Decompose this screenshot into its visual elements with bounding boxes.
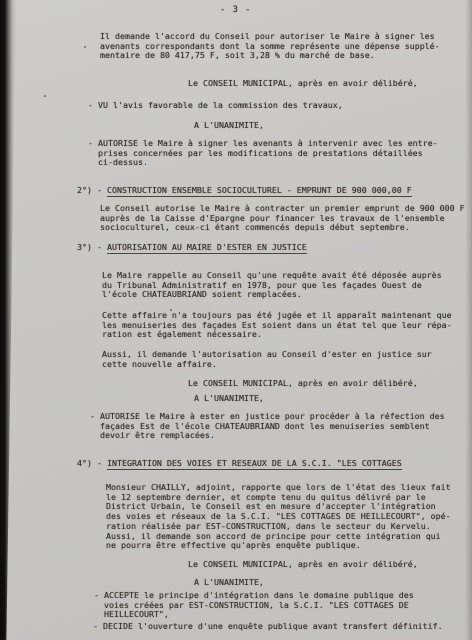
- unanimity-formula-2: A L'UNANIMITE,: [194, 394, 264, 404]
- section-4-number: 4°) -: [77, 458, 107, 468]
- paragraph-avenants: Il demande l'accord du Conseil pour auto…: [100, 32, 440, 61]
- section-2-number: 2°) -: [77, 185, 107, 195]
- unanimity-formula-3: A L'UNANIMITE,: [194, 578, 264, 588]
- list-item-decide: - DECIDE l'ouverture d'une enquête publi…: [93, 622, 443, 632]
- scan-speck: [44, 95, 46, 97]
- list-item-vu-travaux: - VU l'avis favorable de la commission d…: [88, 101, 343, 111]
- section-3-number: 3°) -: [77, 242, 107, 252]
- page-number: - 3 -: [220, 6, 251, 16]
- list-item-autorise-ester: - AUTORISE le Maire à ester en justice p…: [90, 412, 445, 441]
- section-heading-4: 4°) - INTEGRATION DES VOIES ET RESEAUX D…: [77, 459, 402, 469]
- scanned-page: - 3 - Il demande l'accord du Conseil pou…: [0, 0, 472, 640]
- scan-left-edge-shadow: [0, 0, 16, 640]
- section-2-title: CONSTRUCTION ENSEMBLE SOCIOCULTUREL - EM…: [107, 185, 412, 197]
- section-3-title: AUTORISATION AU MAIRE D'ESTER EN JUSTICE: [107, 242, 307, 254]
- unanimity-formula-1: A L'UNANIMITE,: [194, 121, 264, 131]
- paragraph-emprunt: Le Conseil autorise le Maire à contracte…: [100, 204, 465, 233]
- section-heading-2: 2°) - CONSTRUCTION ENSEMBLE SOCIOCULTURE…: [77, 186, 412, 196]
- paragraph-aussi: Aussi, il demande l'autorisation au Cons…: [102, 350, 432, 369]
- list-item-autorise-avenants: - AUTORISE le Maire à signer les avenant…: [88, 139, 438, 168]
- paragraph-chailly: Monsieur CHAILLY, adjoint, rapporte que …: [106, 483, 451, 551]
- list-item-accepte: - ACCEPTE le principe d'intégration dans…: [94, 591, 414, 620]
- deliberation-formula-3: Le CONSEIL MUNICIPAL, après en avoir dél…: [188, 560, 418, 570]
- section-4-title: INTEGRATION DES VOIES ET RESEAUX DE LA S…: [107, 458, 402, 470]
- section-heading-3: 3°) - AUTORISATION AU MAIRE D'ESTER EN J…: [77, 243, 307, 253]
- scan-speck: [84, 46, 86, 48]
- scan-right-edge-shadow: [465, 0, 472, 640]
- deliberation-formula-2: Le CONSEIL MUNICIPAL, après en avoir dél…: [188, 379, 418, 389]
- paragraph-requete: Le Maire rappelle au Conseil qu'une requ…: [102, 271, 442, 300]
- paragraph-affaire: Cette affaire n'a toujours pas été jugée…: [102, 311, 452, 340]
- deliberation-formula-1: Le CONSEIL MUNICIPAL, après en avoir dél…: [188, 79, 418, 89]
